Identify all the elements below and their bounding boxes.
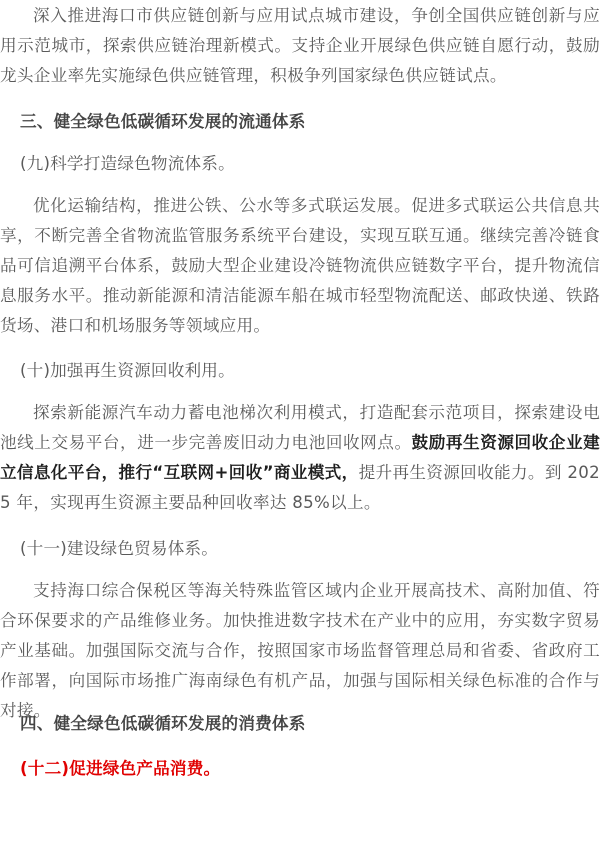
item-10-title: (十)加强再生资源回收利用。 bbox=[20, 356, 235, 386]
item-12-title: (十二)促进绿色产品消费。 bbox=[20, 754, 220, 784]
document-page: 深入推进海口市供应链创新与应用试点城市建设，争创全国供应链创新与应用示范城市，探… bbox=[0, 0, 600, 848]
section-4-heading: 四、健全绿色低碳循环发展的消费体系 bbox=[20, 709, 306, 739]
item-9-title: (九)科学打造绿色物流体系。 bbox=[20, 149, 235, 179]
item-10-body: 探索新能源汽车动力蓄电池梯次利用模式，打造配套示范项目，探索建设电池线上交易平台… bbox=[0, 398, 600, 518]
section-3-heading: 三、健全绿色低碳循环发展的流通体系 bbox=[20, 107, 306, 137]
item-11-title: (十一)建设绿色贸易体系。 bbox=[20, 534, 218, 564]
item-11-body: 支持海口综合保税区等海关特殊监管区域内企业开展高技术、高附加值、符合环保要求的产… bbox=[0, 576, 600, 726]
intro-paragraph: 深入推进海口市供应链创新与应用试点城市建设，争创全国供应链创新与应用示范城市，探… bbox=[0, 1, 600, 91]
item-9-body: 优化运输结构，推进公铁、公水等多式联运发展。促进多式联运公共信息共享，不断完善全… bbox=[0, 191, 600, 341]
